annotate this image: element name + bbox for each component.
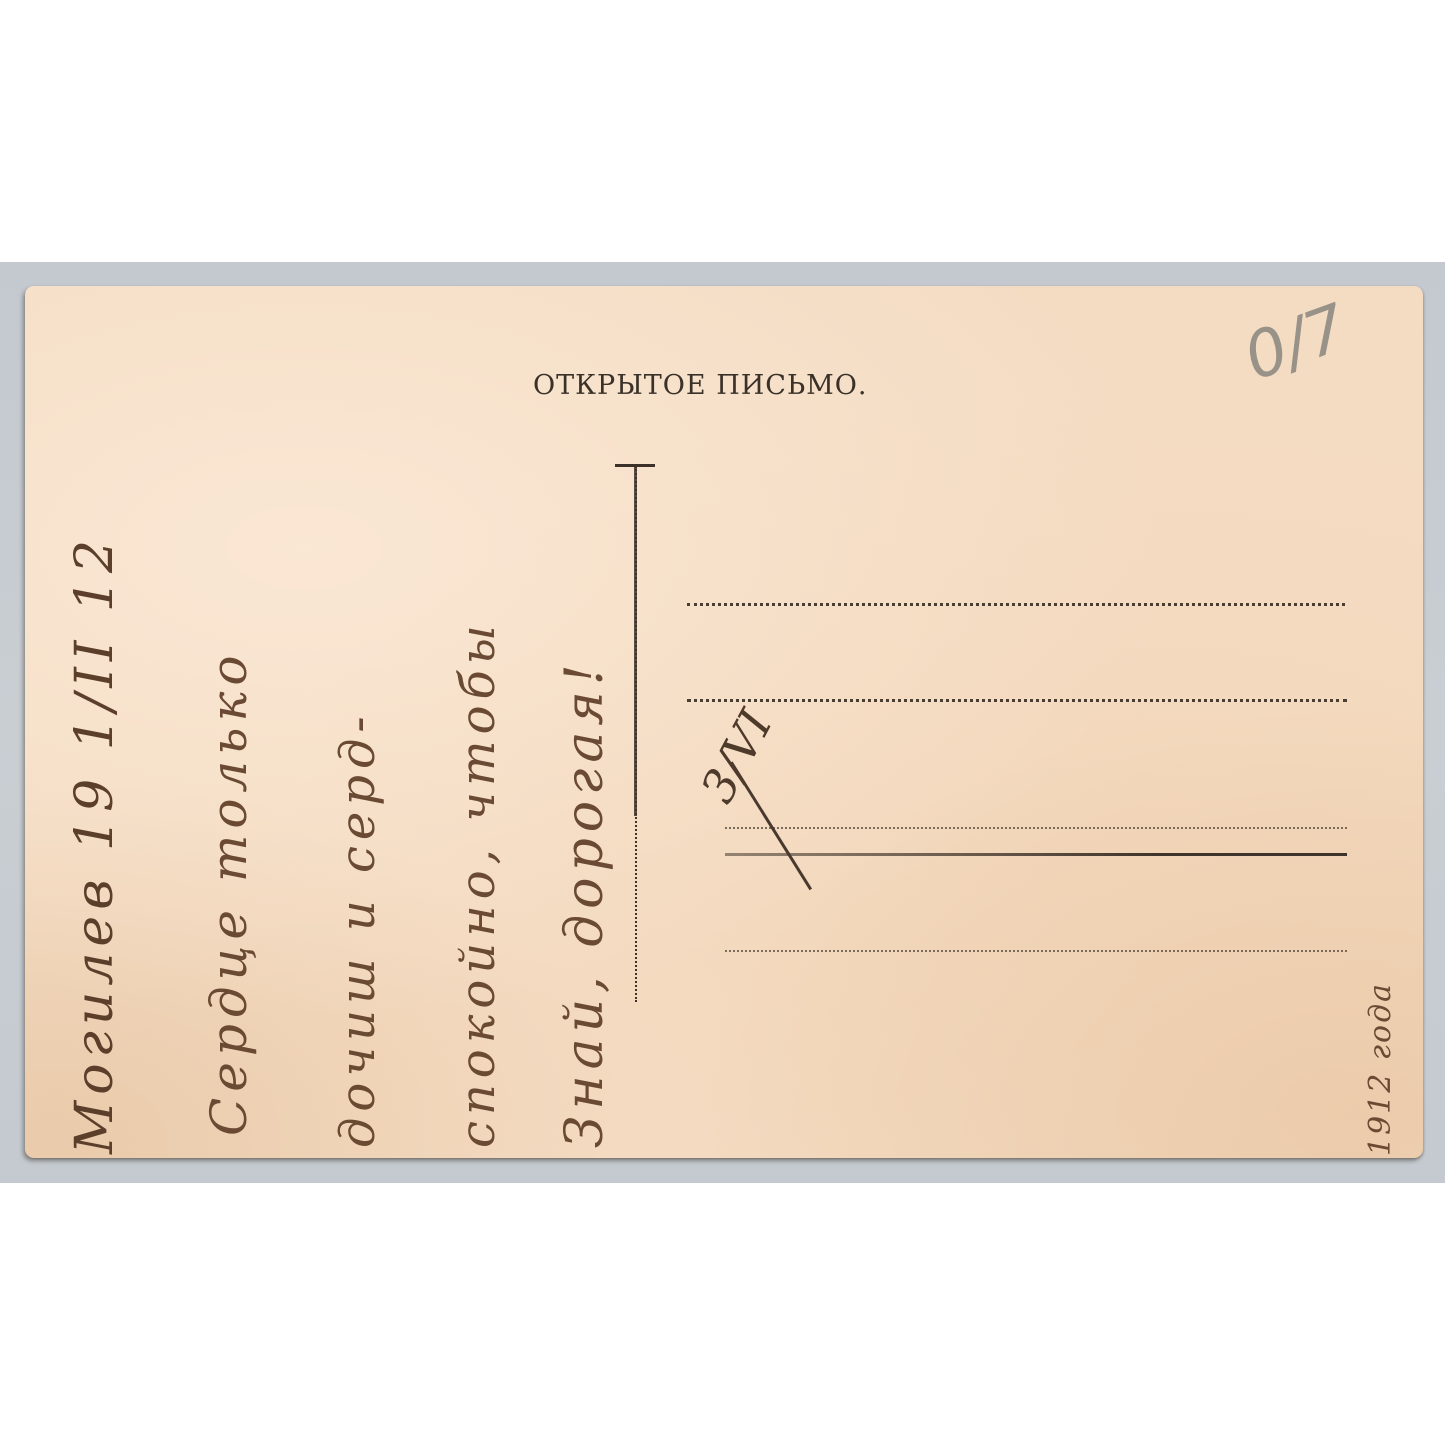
pencil-mark: 0/7 [1235, 291, 1357, 396]
address-line-3-underline [725, 853, 1347, 856]
address-line-1 [687, 603, 1345, 606]
address-line-3 [725, 827, 1347, 829]
vertical-divider-dotted [635, 466, 637, 1002]
printed-title: ОТКРЫТОЕ ПИСЬМО. [533, 370, 868, 401]
handwriting-year-note: 1912 года [1363, 982, 1398, 1156]
handwriting-line-1: Сердце только [200, 650, 258, 1136]
address-line-2 [687, 699, 1347, 702]
postcard: ОТКРЫТОЕ ПИСЬМО. 0/7 3/VI Могилев 19 1/I… [25, 286, 1423, 1158]
handwriting-line-3: спокойно, чтобы [450, 619, 506, 1148]
handwriting-place-date: Могилев 19 1/II 12 [65, 534, 125, 1154]
address-note: 3/VI [690, 701, 783, 811]
handwriting-line-2: дочиш и серд- [330, 710, 386, 1148]
address-line-4 [725, 950, 1347, 952]
handwriting-line-4: Знай, дорогая! [555, 658, 615, 1148]
